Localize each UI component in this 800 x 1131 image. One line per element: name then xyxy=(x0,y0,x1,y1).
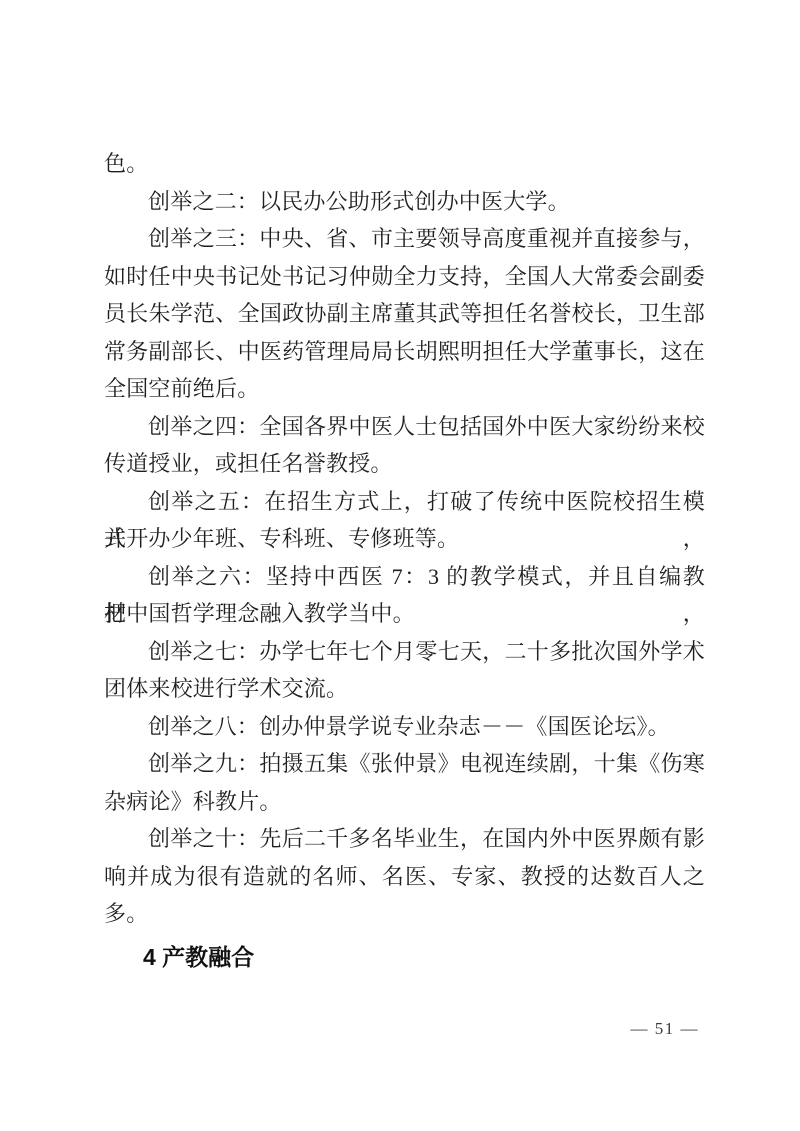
text-line: 创举之四：全国各界中医人士包括国外中医大家纷纷来校 xyxy=(104,408,705,446)
text-line: 色。 xyxy=(104,145,705,183)
text-line: 多。 xyxy=(104,895,705,933)
text-line: 创举之九：拍摄五集《张仲景》电视连续剧，十集《伤寒 xyxy=(104,745,705,783)
page-number: — 51 — xyxy=(631,1019,700,1039)
text-line: 创举之五：在招生方式上，打破了传统中医院校招生模式， xyxy=(104,483,705,521)
text-line: 创举之三：中央、省、市主要领导高度重视并直接参与， xyxy=(104,220,705,258)
document-body: 色。创举之二：以民办公助形式创办中医大学。创举之三：中央、省、市主要领导高度重视… xyxy=(104,145,705,972)
text-line: 创举之八：创办仲景学说专业杂志－－《国医论坛》。 xyxy=(104,708,705,746)
text-line: 全国空前绝后。 xyxy=(104,370,705,408)
document-page: 色。创举之二：以民办公助形式创办中医大学。创举之三：中央、省、市主要领导高度重视… xyxy=(0,0,800,1131)
text-line: 传道授业，或担任名誉教授。 xyxy=(104,445,705,483)
section-heading: 4 产教融合 xyxy=(104,942,705,972)
text-line: 创举之十：先后二千多名毕业生，在国内外中医界颇有影 xyxy=(104,820,705,858)
text-line: 创举之二：以民办公助形式创办中医大学。 xyxy=(104,183,705,221)
text-line: 如时任中央书记处书记习仲勋全力支持，全国人大常委会副委 xyxy=(104,258,705,296)
text-line: 员长朱学范、全国政协副主席董其武等担任名誉校长，卫生部 xyxy=(104,295,705,333)
paragraph-lines: 色。创举之二：以民办公助形式创办中医大学。创举之三：中央、省、市主要领导高度重视… xyxy=(104,145,705,933)
text-line: 创举之六：坚持中西医 7：3 的教学模式，并且自编教材， xyxy=(104,558,705,596)
text-line: 创举之七：办学七年七个月零七天，二十多批次国外学术 xyxy=(104,633,705,671)
text-line: 杂病论》科教片。 xyxy=(104,783,705,821)
text-line: 响并成为很有造就的名师、名医、专家、教授的达数百人之 xyxy=(104,858,705,896)
text-line: 常务副部长、中医药管理局局长胡熙明担任大学董事长，这在 xyxy=(104,333,705,371)
text-line: 团体来校进行学术交流。 xyxy=(104,670,705,708)
